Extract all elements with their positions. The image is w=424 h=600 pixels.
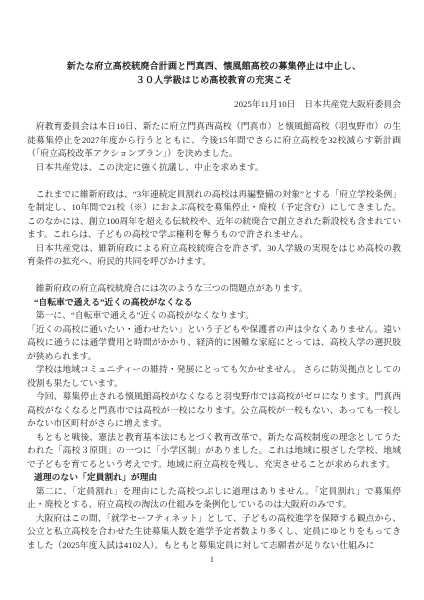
paragraph-appeal: 日本共産党は、維新府政による府立高校統廃合を許さず、30人学級の実現をはじめ高校… bbox=[27, 242, 401, 269]
paragraph-parents-voices: 「近くの高校に通いたい・通わせたい」という子どもや保護者の声は少なくありません。… bbox=[27, 323, 401, 364]
paragraph-protest-statement: 日本共産党は、この決定に強く抗議し、中止を求めます。 bbox=[27, 161, 401, 175]
title-line-1: 新たな府立高校統廃合計画と門真西、懐風館高校の募集停止は中止し、 bbox=[27, 59, 401, 73]
document-title: 新たな府立高校統廃合計画と門真西、懐風館高校の募集停止は中止し、 ３０人学級はじ… bbox=[27, 59, 401, 87]
paragraph-intro-decision: 府教育委員会は本日10日、新たに府立門真西高校（門真市）と懐風館高校（羽曳野市）… bbox=[27, 120, 401, 161]
paragraph-safety-net: 大阪府はこの間、「就学セーフティネット」として、子どもの高校進学を保障する観点か… bbox=[27, 512, 401, 553]
title-line-2: ３０人学級はじめ高校教育の充実こそ bbox=[27, 73, 401, 87]
section-heading-bicycle-commute: “自転車で通える”近くの高校がなくなる bbox=[27, 296, 401, 310]
paragraph-second-point: 第二に、「定員割れ」を理由にした高校つぶしに道理はありません。「定員割れ」で募集… bbox=[27, 485, 401, 512]
paragraph-community-role: 学校は地域コミュニティーの維持・発展にとっても欠かせません。 さらに防災拠点とし… bbox=[27, 363, 401, 390]
document-page: 新たな府立高校統廃合計画と門真西、懐風館高校の募集停止は中止し、 ３０人学級はじ… bbox=[0, 0, 424, 600]
paragraph-three-problems-intro: 維新府政の府立高校統廃合には次のような三つの問題点があります。 bbox=[27, 282, 401, 296]
page-number: 1 bbox=[0, 554, 424, 564]
paragraph-zero-schools: 今回、募集停止される懐風館高校がなくなると羽曳野市では高校がゼロになります。門真… bbox=[27, 390, 401, 431]
paragraph-first-point: 第一に、“自転車で通える”近くの高校がなくなります。 bbox=[27, 309, 401, 323]
paragraph-postwar-principles: もともと戦後、憲法と教育基本法にもとづく教育改革で、新たな高校制度の理念としてう… bbox=[27, 431, 401, 472]
section-heading-enrollment-shortfall: 道理のない「定員割れ」が理由 bbox=[27, 471, 401, 485]
document-body: 府教育委員会は本日10日、新たに府立門真西高校（門真市）と懐風館高校（羽曳野市）… bbox=[27, 120, 401, 552]
paragraph-ishin-record: これまでに維新府政は、“3年連続定員割れの高校は再編整備の対象”とする「府立学校… bbox=[27, 188, 401, 242]
dateline: 2025年11月10日 日本共産党大阪府委員会 bbox=[27, 98, 401, 111]
